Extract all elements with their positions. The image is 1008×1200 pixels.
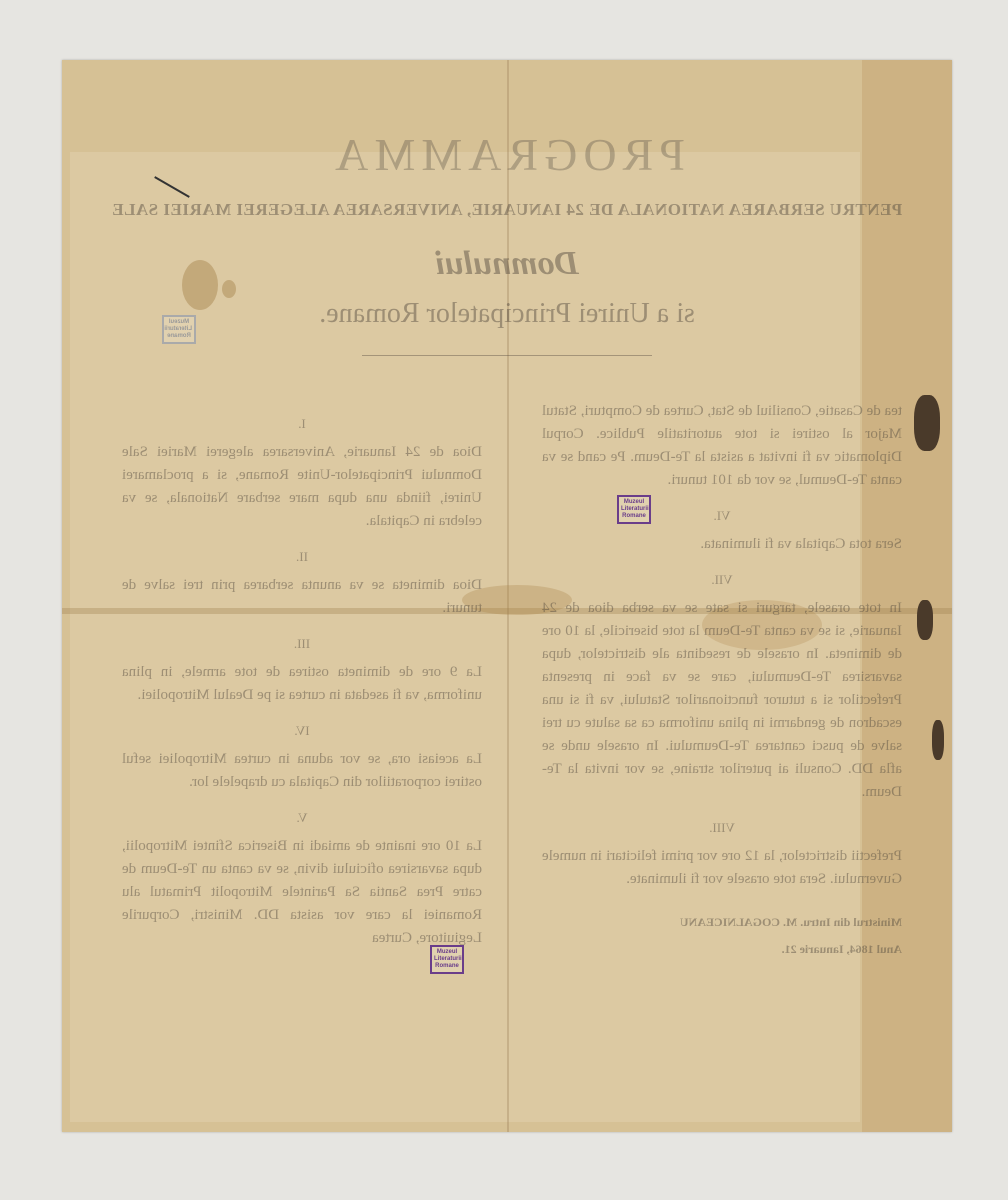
section-text: In tote orasele, targuri si sate se va s…	[542, 597, 902, 804]
ornament-rule	[362, 355, 652, 356]
section-number: V.	[122, 806, 482, 829]
signature-line: Ministrul din Intru. M. COGALNICEANU	[542, 911, 902, 934]
column-original-right: tea de Casatie, Consiliul de Stat, Curte…	[542, 400, 902, 961]
doc-subtitle: PENTRU SERBAREA NATIONALA DE 24 IANUARIE…	[62, 200, 952, 220]
section-text: Dioa de 24 Ianuarie, Aniversarea alegere…	[122, 441, 482, 533]
section-text: Dioa dimineta se va anunta serbarea prin…	[122, 574, 482, 620]
section-number: II.	[122, 545, 482, 568]
section-text: La aceiasi ora, se vor aduna in curtea M…	[122, 748, 482, 794]
section-text: Prefectii districtelor, la 12 ore vor pr…	[542, 845, 902, 891]
section-number: VI.	[542, 504, 902, 527]
section-text: La 9 ore de dimineta ostirea de tote arm…	[122, 661, 482, 707]
section-number: VIII.	[542, 816, 902, 839]
document-sheet: PROGRAMMA PENTRU SERBAREA NATIONALA DE 2…	[62, 60, 952, 1132]
museum-stamp-ghost: Muzeul Literaturii Romane	[162, 315, 196, 344]
column-original-left: I. Dioa de 24 Ianuarie, Aniversarea aleg…	[122, 400, 482, 950]
show-through-text: PROGRAMMA PENTRU SERBAREA NATIONALA DE 2…	[62, 60, 952, 1132]
section-number: VII.	[542, 568, 902, 591]
section-number: III.	[122, 632, 482, 655]
doc-subtitle2: Domnului	[62, 245, 952, 283]
museum-stamp: Muzeul Literaturii Romane	[430, 945, 464, 974]
museum-stamp: Muzeul Literaturii Romane	[617, 495, 651, 524]
doc-title: PROGRAMMA	[62, 128, 952, 181]
date-line: Anul 1864, Ianuarie 21.	[542, 938, 902, 961]
section-text: Sera tota Capitala va fi iluminata.	[542, 533, 902, 556]
section-number: IV.	[122, 719, 482, 742]
section-number: I.	[122, 412, 482, 435]
section-text: tea de Casatie, Consiliul de Stat, Curte…	[542, 400, 902, 492]
section-text: La 10 ore inainte de amiadi in Biserica …	[122, 835, 482, 950]
